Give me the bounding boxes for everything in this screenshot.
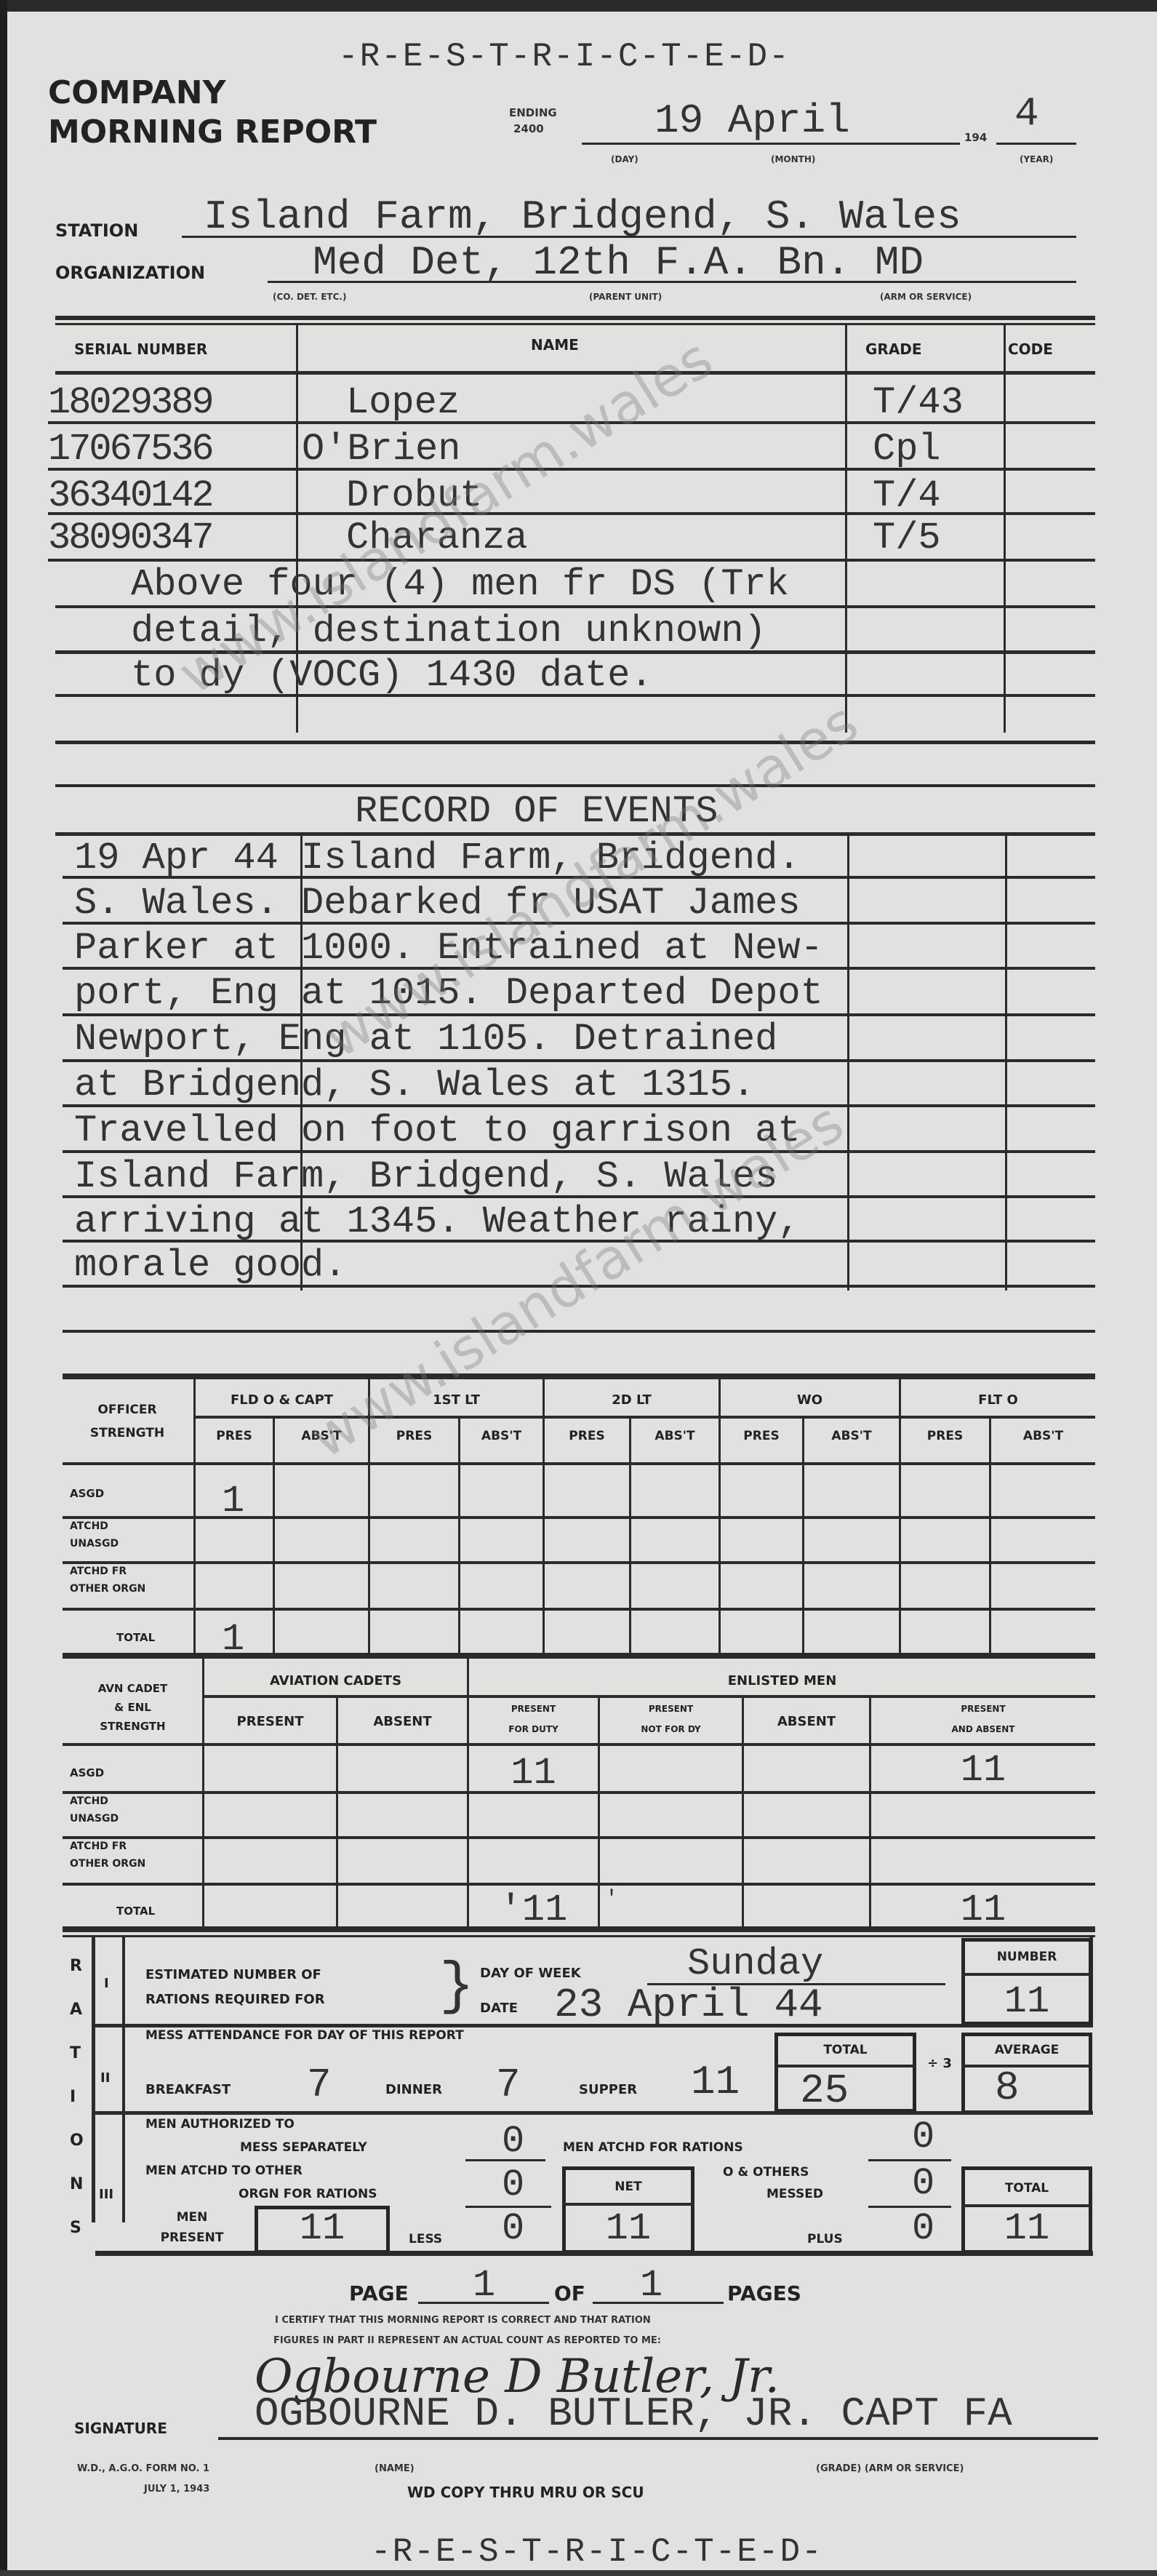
signature-label: SIGNATURE (74, 2420, 167, 2437)
mess-total-value: 25 (800, 2067, 849, 2114)
officer-group-rule (196, 1416, 1095, 1419)
enl-sub-rule (63, 1743, 1095, 1746)
rations-roman-border (122, 1937, 125, 2222)
average-value: 8 (995, 2065, 1020, 2111)
rations-letter-i: I (70, 2088, 76, 2106)
sub-pres: PRES (370, 1429, 458, 1443)
col-divider-3 (1004, 325, 1006, 733)
enl-table-bottom-2 (63, 1935, 1095, 1937)
enl-row-label-asgd: ASGD (70, 1766, 104, 1779)
col-pa-2: AND ABSENT (871, 1724, 1095, 1734)
col-header-name: NAME (531, 336, 579, 354)
record-of-events-title: RECORD OF EVENTS (355, 790, 718, 833)
enl-total-present-for-duty: '11 (469, 1889, 598, 1931)
enl-row-label-unasgd: UNASGD (70, 1813, 119, 1825)
soldier-grade: T/4 (873, 474, 941, 517)
row-rule (48, 421, 1095, 424)
of-label: OF (554, 2281, 585, 2305)
station-label: STATION (55, 220, 138, 241)
sub-abst: ABS'T (631, 1429, 718, 1443)
enl-col (336, 1696, 338, 1928)
grade-arm-sublabel: (GRADE) (ARM OR SERVICE) (816, 2463, 964, 2474)
enl-total-present-and-absent: 11 (871, 1889, 1095, 1931)
men-present-label-1: MEN (131, 2210, 253, 2225)
page-underline (418, 2302, 549, 2304)
sub-abst: ABS'T (991, 1429, 1095, 1443)
certification-line-1: I CERTIFY THAT THIS MORNING REPORT IS CO… (275, 2315, 651, 2326)
remark-line: detail, destination unknown) (131, 610, 766, 653)
name-sublabel: (NAME) (375, 2463, 415, 2474)
certification-line-2: FIGURES IN PART II REPRESENT AN ACTUAL C… (273, 2335, 661, 2346)
sublabel-arm-service: (ARM OR SERVICE) (880, 292, 972, 302)
others-messed-label-2: MESSED (766, 2187, 823, 2201)
group-enlisted-men: ENLISTED MEN (469, 1673, 1095, 1688)
events-rule (63, 876, 1095, 879)
soldier-name: Charanza (346, 517, 528, 559)
dinner-label: DINNER (385, 2082, 442, 2097)
morning-report-form: -R-E-S-T-R-I-C-T-E-D- COMPANY MORNING RE… (7, 12, 1157, 2570)
supper-label: SUPPER (579, 2082, 637, 2097)
signature-typed-name: OGBOURNE D. BUTLER, JR. CAPT FA (255, 2390, 1012, 2437)
event-line: morale good. (74, 1244, 346, 1287)
classification-top: -R-E-S-T-R-I-C-T-E-D- (338, 38, 790, 76)
officer-row-rule (63, 1516, 1095, 1519)
number-box-divider (961, 1973, 1092, 1976)
col-pfd-1: PRESENT (469, 1704, 598, 1714)
organization-label: ORGANIZATION (55, 263, 205, 283)
form-title-line2: MORNING REPORT (48, 113, 377, 151)
event-line: Parker at 1000. Entrained at New- (74, 927, 823, 970)
form-date: JULY 1, 1943 (144, 2484, 209, 2495)
serial-number: 36340142 (48, 474, 212, 517)
events-rule (63, 1195, 1095, 1198)
event-line: Travelled on foot to garrison at (74, 1109, 801, 1152)
col-cadet-absent: ABSENT (338, 1714, 467, 1729)
serial-number: 18029389 (48, 381, 212, 424)
supper-value: 11 (691, 2059, 740, 2105)
pages-underline (593, 2302, 724, 2304)
group-aviation-cadets: AVIATION CADETS (204, 1673, 467, 1688)
enl-total-present-not-for-duty: ' (605, 1887, 618, 1912)
col-em-absent: ABSENT (744, 1714, 869, 1729)
rations-total-value: 11 (961, 2207, 1092, 2250)
form-title-line1: COMPANY (48, 74, 225, 111)
enl-corner-1: AVN CADET (65, 1682, 200, 1695)
plus-value: 0 (912, 2207, 934, 2250)
events-rule (55, 832, 1095, 836)
sub-abst: ABS'T (460, 1429, 543, 1443)
report-date-value: 19 April (654, 97, 850, 144)
organization-value: Med Det, 12th F.A. Bn. MD (313, 239, 924, 286)
event-line: port, Eng at 1015. Departed Depot (74, 972, 823, 1015)
sublabel-parent-unit: (PARENT UNIT) (589, 292, 662, 302)
officer-row-rule (63, 1608, 1095, 1611)
auth-sep-underline (465, 2159, 545, 2161)
ending-label-2: 2400 (513, 122, 544, 135)
less-label: LESS (409, 2232, 442, 2246)
dinner-value: 7 (496, 2062, 521, 2108)
men-present-value: 11 (255, 2207, 390, 2250)
pages-label: PAGES (727, 2281, 801, 2305)
row-rule (48, 468, 1095, 471)
atchd-for-rations-value: 0 (912, 2116, 934, 2158)
average-divider (961, 2065, 1092, 2067)
enl-row-label-atchd: ATCHD (70, 1795, 108, 1807)
row-label-total: TOTAL (116, 1631, 155, 1644)
events-rule (63, 1240, 1095, 1243)
wd-copy-note: WD COPY THRU MRU OR SCU (407, 2484, 644, 2501)
rations-letter-a: A (70, 2001, 82, 2019)
row-label-unasgd: UNASGD (70, 1538, 119, 1550)
officer-table-bottom (63, 1653, 1095, 1659)
col-pnfd-1: PRESENT (600, 1704, 742, 1714)
col-header-serial: SERIAL NUMBER (74, 340, 207, 358)
others-underline (868, 2206, 951, 2208)
officer-col (989, 1417, 991, 1654)
table-top-rule (55, 316, 1095, 320)
sublabel-co-det: (CO. DET. ETC.) (273, 292, 346, 302)
soldier-grade: T/43 (873, 381, 964, 424)
scan-border-left (0, 0, 7, 2576)
page-label: PAGE (349, 2281, 409, 2305)
event-line: S. Wales. Debarked fr USAT James (74, 882, 801, 925)
events-rule (63, 1150, 1095, 1153)
atchd-other-label-1: MEN ATCHD TO OTHER (145, 2164, 303, 2178)
col-header-grade: GRADE (865, 340, 922, 358)
group-wo: WO (721, 1392, 899, 1408)
sub-pres: PRES (901, 1429, 989, 1443)
group-flt-o: FLT O (901, 1392, 1095, 1408)
plus-label: PLUS (807, 2232, 843, 2246)
day-of-week-label: DAY OF WEEK (480, 1966, 581, 1981)
auth-sep-label-1: MEN AUTHORIZED TO (145, 2117, 295, 2132)
part1-brace: } (439, 1954, 474, 2020)
average-label: AVERAGE (961, 2043, 1092, 2057)
rations-letter-r: R (70, 1957, 82, 1975)
signature-underline (218, 2437, 1098, 2440)
men-present-label-2: PRESENT (131, 2230, 253, 2245)
less-value: 0 (502, 2207, 524, 2250)
col-pnfd-2: NOT FOR DY (600, 1724, 742, 1734)
ration-date-value: 23 April 44 (554, 1982, 823, 2028)
enl-corner-2: & ENL (65, 1701, 200, 1714)
breakfast-value: 7 (307, 2062, 332, 2108)
year-prefix: 194 (964, 131, 987, 144)
col-cadet-present: PRESENT (204, 1714, 336, 1729)
officer-col (458, 1417, 460, 1654)
enl-asgd-present-and-absent: 11 (871, 1749, 1095, 1792)
enl-group-rule (204, 1695, 1095, 1698)
row-rule (55, 694, 1095, 697)
group-2d-lt: 2D LT (545, 1392, 718, 1408)
enl-row-label-total: TOTAL (116, 1905, 155, 1918)
rations-letter-s: S (70, 2219, 81, 2237)
row-label-other-orgn: OTHER ORGN (70, 1583, 145, 1595)
serial-number: 17067536 (48, 428, 212, 471)
col-divider-2 (845, 325, 847, 733)
enl-row-rule (63, 1836, 1095, 1839)
row-label-asgd: ASGD (70, 1487, 104, 1500)
ending-label-1: ENDING (509, 106, 557, 119)
events-rule (63, 1330, 1095, 1333)
event-line: Newport, Eng at 1105. Detrained (74, 1018, 777, 1061)
serial-number: 38090347 (48, 517, 212, 559)
day-of-week-value: Sunday (687, 1942, 823, 1985)
part1-bottom (95, 2024, 1093, 2027)
rations-letter-t: T (70, 2044, 81, 2062)
number-label: NUMBER (961, 1950, 1092, 1964)
officer-sub-rule (63, 1462, 1095, 1465)
events-rule (63, 1013, 1095, 1016)
col-pfd-2: FOR DUTY (469, 1724, 598, 1734)
enl-row-rule (63, 1791, 1095, 1794)
event-line: 19 Apr 44 Island Farm, Bridgend. (74, 837, 801, 880)
soldier-name: Lopez (346, 381, 460, 424)
row-rule (48, 512, 1095, 515)
table-top-rule-2 (55, 323, 1095, 325)
organization-underline (268, 281, 1076, 283)
soldier-name: Drobut (346, 474, 482, 517)
number-value: 11 (961, 1980, 1092, 2023)
part1-roman: I (104, 1976, 109, 1991)
part1-label-2: RATIONS REQUIRED FOR (145, 1992, 325, 2007)
sub-pres: PRES (721, 1429, 802, 1443)
group-fld-capt: FLD O & CAPT (196, 1392, 368, 1408)
events-rule (63, 1059, 1095, 1062)
form-number: W.D., A.G.O. FORM NO. 1 (77, 2463, 209, 2474)
officer-strength-label-2: STRENGTH (65, 1426, 189, 1440)
enl-table-bottom (63, 1926, 1095, 1932)
rations-left-border (92, 1937, 95, 2222)
enl-row-rule (63, 1883, 1095, 1886)
divide-by-three: ÷ 3 (918, 2056, 961, 2071)
breakfast-label: BREAKFAST (145, 2082, 231, 2097)
enl-col (742, 1696, 744, 1928)
row-rule (55, 784, 1095, 787)
events-rule (63, 1285, 1095, 1288)
part2-bottom (95, 2111, 1093, 2115)
page-number-value: 1 (473, 2264, 495, 2307)
atchd-other-value: 0 (502, 2164, 524, 2206)
sub-abst: ABS'T (275, 1429, 368, 1443)
sub-abst: ABS'T (804, 1429, 899, 1443)
auth-sep-value: 0 (502, 2120, 524, 2163)
net-divider (562, 2203, 694, 2206)
soldier-grade: T/5 (873, 517, 941, 559)
soldier-name: O'Brien (302, 428, 460, 471)
sublabel-month: (MONTH) (771, 154, 815, 164)
row-label-atchd-fr: ATCHD FR (70, 1566, 127, 1577)
row-rule (55, 741, 1095, 744)
remark-line: Above four (4) men fr DS (Trk (131, 563, 789, 606)
row-rule (55, 605, 1095, 608)
auth-sep-label-2: MESS SEPARATELY (240, 2140, 367, 2155)
scan-border-bottom (0, 2570, 1157, 2576)
date-underline (582, 143, 960, 145)
rations-letter-o: O (70, 2132, 84, 2150)
event-line: arriving at 1345. Weather rainy, (74, 1200, 801, 1243)
officer-col (629, 1417, 631, 1654)
officer-col (802, 1417, 804, 1654)
col-header-code: CODE (1008, 340, 1053, 358)
group-1st-lt: 1ST LT (370, 1392, 543, 1408)
station-underline (182, 236, 1076, 238)
sub-pres: PRES (545, 1429, 629, 1443)
rations-letter-n: N (70, 2175, 83, 2193)
total-pages-value: 1 (640, 2264, 662, 2307)
officer-strength-label-1: OFFICER (65, 1403, 189, 1417)
enl-row-label-atchd-fr: ATCHD FR (70, 1841, 127, 1852)
sublabel-day: (DAY) (611, 154, 638, 164)
date-label: DATE (480, 2001, 518, 2016)
enl-corner-3: STRENGTH (65, 1720, 200, 1733)
rations-bottom (95, 2251, 1093, 2256)
soldier-grade: Cpl (873, 428, 941, 471)
others-messed-value: 0 (912, 2162, 934, 2205)
station-value: Island Farm, Bridgend, S. Wales (204, 194, 961, 240)
officer-col (273, 1417, 275, 1654)
year-underline (996, 143, 1076, 145)
col-pa-1: PRESENT (871, 1704, 1095, 1714)
event-line: at Bridgend, S. Wales at 1315. (74, 1064, 755, 1106)
sublabel-year: (YEAR) (1020, 154, 1053, 164)
part3-roman: III (99, 2187, 113, 2202)
events-rule (63, 967, 1095, 970)
others-messed-label-1: O & OTHERS (723, 2165, 809, 2180)
part1-label-1: ESTIMATED NUMBER OF (145, 1967, 321, 1982)
report-year-value: 4 (1014, 90, 1039, 137)
officer-table-top (63, 1373, 1095, 1379)
net-value: 11 (562, 2207, 694, 2250)
remark-line: to dy (VOCG) 1430 date. (131, 654, 653, 697)
rations-total-label: TOTAL (961, 2181, 1092, 2196)
event-line: Island Farm, Bridgend, S. Wales (74, 1155, 777, 1198)
row-rule (48, 559, 1095, 562)
atchd-other-label-2: ORGN FOR RATIONS (239, 2187, 377, 2201)
events-rule (63, 1104, 1095, 1107)
atchd-for-underline (868, 2159, 951, 2161)
classification-bottom: -R-E-S-T-R-I-C-T-E-D- (371, 2533, 823, 2571)
events-rule (63, 922, 1095, 925)
scan-border-top (0, 0, 1157, 12)
sub-pres: PRES (196, 1429, 273, 1443)
header-bottom-rule (55, 371, 1095, 375)
part2-roman: II (100, 2070, 110, 2086)
atchd-for-rations-label: MEN ATCHD FOR RATIONS (563, 2140, 743, 2155)
mess-total-label: TOTAL (774, 2043, 916, 2057)
enl-row-label-other-orgn: OTHER ORGN (70, 1858, 145, 1870)
mess-attendance-heading: MESS ATTENDANCE FOR DAY OF THIS REPORT (145, 2028, 464, 2043)
net-label: NET (562, 2180, 694, 2194)
officer-row-rule (63, 1561, 1095, 1564)
enl-asgd-present-for-duty: 11 (469, 1752, 598, 1795)
row-label-atchd: ATCHD (70, 1520, 108, 1532)
